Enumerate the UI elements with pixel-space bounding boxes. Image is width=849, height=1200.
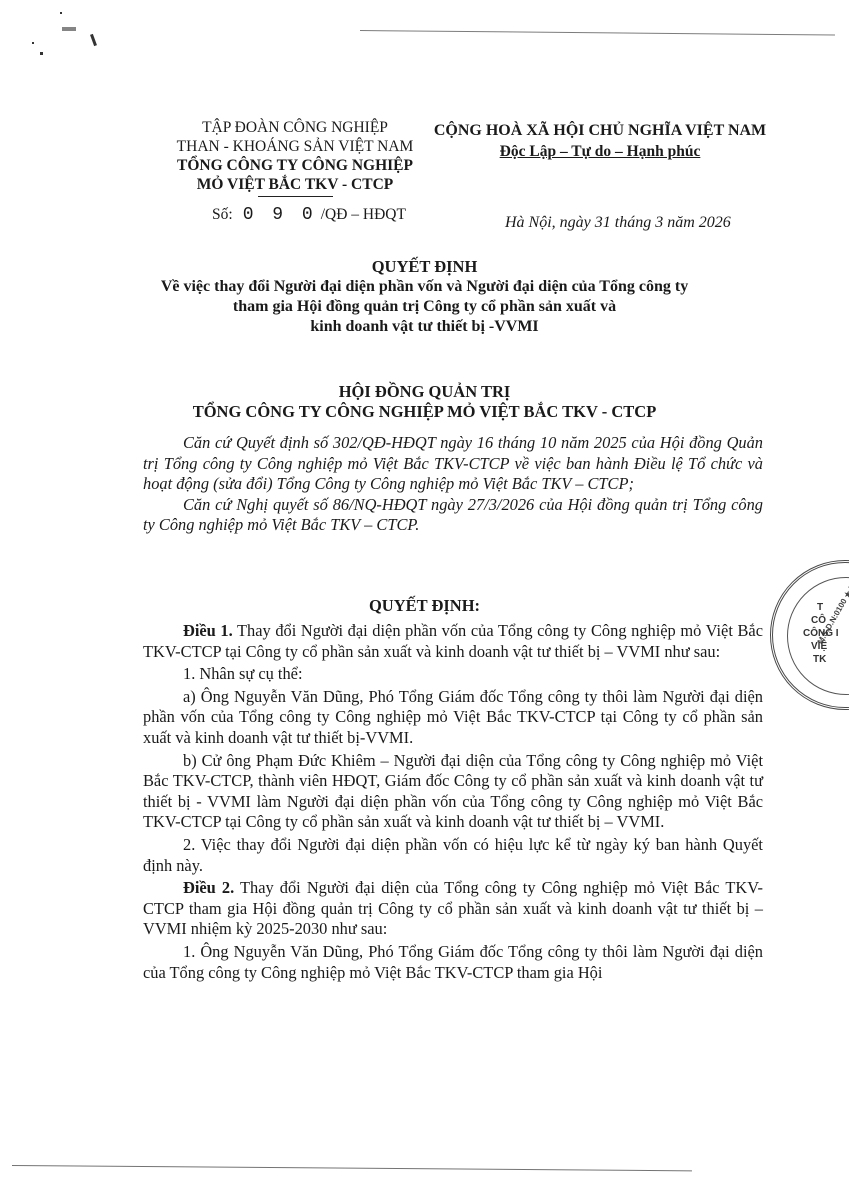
basis-item: Căn cứ Quyết định số 302/QĐ-HĐQT ngày 16… <box>143 433 763 495</box>
article-1-label: Điều 1. <box>183 621 233 640</box>
document-title: QUYẾT ĐỊNH <box>0 257 849 277</box>
basis-item: Căn cứ Nghị quyết số 86/NQ-HĐQT ngày 27/… <box>143 495 763 536</box>
motto: Độc Lập – Tự do – Hạnh phúc <box>420 141 780 162</box>
org-parent-line2: THAN - KHOÁNG SẢN VIỆT NAM <box>160 137 430 156</box>
article-1-item-2: 2. Việc thay đổi Người đại diện phần vốn… <box>143 835 763 876</box>
place-date: Hà Nội, ngày 31 tháng 3 năm 2026 <box>505 214 731 232</box>
scan-speck <box>40 52 43 55</box>
article-1-item-1b: b) Cử ông Phạm Đức Khiêm – Người đại diệ… <box>143 751 763 833</box>
scan-artifact-line-top <box>360 30 835 36</box>
board-name: HỘI ĐỒNG QUẢN TRỊ <box>0 382 849 402</box>
decision-heading: QUYẾT ĐỊNH: <box>0 596 849 616</box>
number-label: Số: <box>212 206 233 223</box>
org-name-line1: TỔNG CÔNG TY CÔNG NGHIỆP <box>160 156 430 175</box>
number-value: 0 9 0 <box>243 205 317 225</box>
board-org: TỔNG CÔNG TY CÔNG NGHIỆP MỎ VIỆT BẮC TKV… <box>0 402 849 422</box>
article-1: Điều 1. Thay đổi Người đại diện phần vốn… <box>143 621 763 662</box>
article-2-text: Thay đổi Người đại diện của Tổng công ty… <box>143 878 763 938</box>
official-seal: M.S.D.N:0100 ★ Đ.THANH X T CÔ CÔNG I VIỆ… <box>770 560 849 710</box>
article-1-text: Thay đổi Người đại diện phần vốn của Tổn… <box>143 621 763 661</box>
scan-speck <box>90 34 97 46</box>
article-2-label: Điều 2. <box>183 878 234 897</box>
org-name-line2: MỎ VIỆT BẮC TKV - CTCP <box>160 175 430 194</box>
country-name: CỘNG HOÀ XÃ HỘI CHỦ NGHĨA VIỆT NAM <box>420 120 780 141</box>
subject-line: tham gia Hội đồng quản trị Công ty cổ ph… <box>0 297 849 317</box>
number-suffix: /QĐ – HĐQT <box>321 206 406 223</box>
article-1-item-1a: a) Ông Nguyễn Văn Dũng, Phó Tổng Giám đố… <box>143 687 763 749</box>
subject-line: kinh doanh vật tư thiết bị -VVMI <box>0 317 849 337</box>
document-subject: Về việc thay đổi Người đại diện phần vốn… <box>0 277 849 337</box>
issuing-board: HỘI ĐỒNG QUẢN TRỊ TỔNG CÔNG TY CÔNG NGHI… <box>0 382 849 422</box>
article-1-item-1: 1. Nhân sự cụ thể: <box>143 664 763 685</box>
articles: Điều 1. Thay đổi Người đại diện phần vốn… <box>143 621 763 983</box>
seal-center-text: T CÔ CÔNG I VIỆ TK <box>803 601 839 666</box>
org-parent-line1: TẬP ĐOÀN CÔNG NGHIỆP <box>160 118 430 137</box>
legal-basis: Căn cứ Quyết định số 302/QĐ-HĐQT ngày 16… <box>143 433 763 536</box>
subject-line: Về việc thay đổi Người đại diện phần vốn… <box>0 277 849 297</box>
article-2: Điều 2. Thay đổi Người đại diện của Tổng… <box>143 878 763 940</box>
scan-speck <box>32 42 34 44</box>
issuing-organization: TẬP ĐOÀN CÔNG NGHIỆP THAN - KHOÁNG SẢN V… <box>160 118 430 197</box>
scan-artifact-line-bottom <box>12 1165 692 1171</box>
scan-speck <box>60 12 62 14</box>
national-motto: CỘNG HOÀ XÃ HỘI CHỦ NGHĨA VIỆT NAM Độc L… <box>420 120 780 162</box>
document-number: Số:0 9 0/QĐ – HĐQT <box>212 205 406 225</box>
article-2-item-1: 1. Ông Nguyễn Văn Dũng, Phó Tổng Giám đố… <box>143 942 763 983</box>
scan-speck <box>62 27 76 31</box>
header-underline <box>258 196 333 197</box>
